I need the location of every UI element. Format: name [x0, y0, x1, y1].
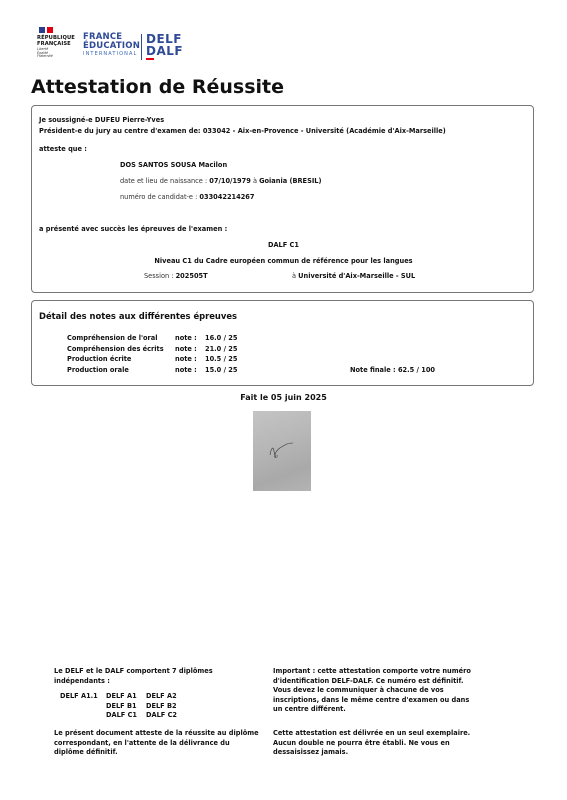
note-label: Compréhension de l'oral [67, 334, 158, 342]
diploma: DELF B2 [146, 702, 186, 712]
atteste-label: atteste que : [39, 145, 87, 153]
candidate-number: 033042214267 [199, 193, 254, 201]
footer-line: Cette attestation est délivrée en un seu… [273, 729, 493, 739]
signature-image [253, 411, 311, 491]
birth-label: date et lieu de naissance : [120, 177, 207, 185]
venue: Université d'Aix-Marseille - SUL [298, 272, 415, 280]
president-line: Président-e du jury au centre d'examen d… [39, 127, 446, 135]
fei-line: ÉDUCATION [83, 42, 140, 51]
footer-line: Le présent document atteste de la réussi… [54, 729, 269, 739]
notes-title: Détail des notes aux différentes épreuve… [39, 311, 237, 321]
diploma: DELF A1 [106, 692, 146, 702]
final-score: Note finale : 62.5 / 100 [350, 366, 435, 374]
footer-line: diplôme définitif. [54, 748, 269, 758]
note-score: 10.5 / 25 [205, 355, 237, 363]
birth-at: à [253, 177, 257, 185]
diploma: DALF C1 [106, 711, 146, 721]
signature-scribble-icon [253, 411, 311, 491]
venue-row: à Université d'Aix-Marseille - SUL [292, 272, 415, 280]
session-row: Session : 202505T [144, 272, 208, 280]
exam-name: DALF C1 [0, 241, 567, 249]
republique-francaise-logo: RÉPUBLIQUE FRANÇAISE Liberté Égalité Fra… [37, 27, 77, 59]
diploma [60, 711, 106, 721]
diploma: DELF A1.1 [60, 692, 106, 702]
birth-date: 07/10/1979 [209, 177, 251, 185]
footer-line: d'identification DELF-DALF. Ce numéro es… [273, 677, 493, 687]
page-title: Attestation de Réussite [31, 76, 284, 98]
footer-intro: Le DELF et le DALF comportent 7 diplômes… [54, 667, 264, 686]
diploma-list: DELF A1.1 DELF A1 DELF A2 DELF B1 DELF B… [60, 692, 186, 721]
candidate-number-label: numéro de candidat-e : [120, 193, 197, 201]
presented-label: a présenté avec succès les épreuves de l… [39, 225, 227, 233]
logo-divider [141, 34, 142, 60]
note-prefix: note : [175, 334, 197, 342]
diploma [60, 702, 106, 712]
rf-motto-line: Fraternité [37, 55, 77, 59]
birth-info: date et lieu de naissance : 07/10/1979 à… [120, 177, 321, 185]
footer-line: indépendants : [54, 677, 264, 687]
france-education-international-logo: FRANCE ÉDUCATION INTERNATIONAL [83, 33, 140, 58]
note-score: 15.0 / 25 [205, 366, 237, 374]
session-value: 202505T [176, 272, 208, 280]
session-label: Session : [144, 272, 173, 280]
birth-place: Goiania (BRESIL) [259, 177, 321, 185]
candidate-name: DOS SANTOS SOUSA Macilon [120, 161, 227, 169]
signatory: Je soussigné-e DUFEU Pierre-Yves [39, 116, 164, 124]
note-label: Production orale [67, 366, 129, 374]
note-label: Production écrite [67, 355, 131, 363]
note-score: 16.0 / 25 [205, 334, 237, 342]
note-score: 21.0 / 25 [205, 345, 237, 353]
diploma: DELF B1 [106, 702, 146, 712]
footer-line: Vous devez le communiquer à chacune de v… [273, 686, 493, 696]
note-prefix: note : [175, 345, 197, 353]
note-prefix: note : [175, 355, 197, 363]
marianne-flag-icon [39, 27, 77, 33]
footer-important: Important : cette attestation comporte v… [273, 667, 493, 715]
issue-date: Fait le 05 juin 2025 [0, 393, 567, 402]
red-accent-bar [146, 58, 154, 60]
footer-left-note: Le présent document atteste de la réussi… [54, 729, 269, 758]
footer-line: dessaisissez jamais. [273, 748, 493, 758]
footer-line: Le DELF et le DALF comportent 7 diplômes [54, 667, 264, 677]
footer-line: Important : cette attestation comporte v… [273, 667, 493, 677]
footer-line: inscriptions, dans le même centre d'exam… [273, 696, 493, 706]
diploma: DALF C2 [146, 711, 186, 721]
footer-right-note: Cette attestation est délivrée en un seu… [273, 729, 493, 758]
exam-level: Niveau C1 du Cadre européen commun de ré… [0, 257, 567, 265]
note-label: Compréhension des écrits [67, 345, 164, 353]
footer-line: un centre différent. [273, 705, 493, 715]
venue-at: à [292, 272, 296, 280]
diploma: DELF A2 [146, 692, 186, 702]
candidate-number-row: numéro de candidat-e : 033042214267 [120, 193, 254, 201]
footer-line: Aucun double ne pourra être établi. Ne v… [273, 739, 493, 749]
fei-sub: INTERNATIONAL [83, 51, 140, 58]
note-prefix: note : [175, 366, 197, 374]
footer-line: correspondant, en l'attente de la délivr… [54, 739, 269, 749]
dalf-line: DALF [146, 45, 183, 57]
delf-dalf-logo: DELF DALF [146, 33, 183, 60]
